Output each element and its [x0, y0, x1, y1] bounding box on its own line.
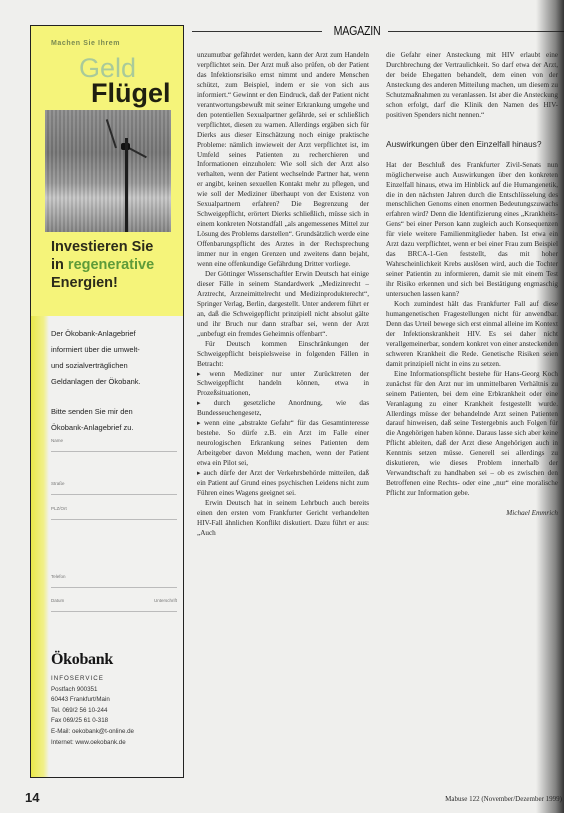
street-field[interactable]: Straße [51, 481, 177, 495]
contact-line: 60443 Frankfurt/Main [51, 695, 179, 706]
ad-order-request: Bitte senden Sie mir den Ökobank-Anlageb… [51, 404, 177, 436]
contact-line: Tel. 069/2 56 10-244 [51, 706, 179, 717]
article-author: Michael Emmrich [386, 509, 558, 519]
bullet-item: ▸ auch dürfe der Arzt der Verkehrsbehörd… [197, 469, 369, 499]
header-rule-left [192, 31, 322, 32]
city-field[interactable]: PLZ/Ort [51, 506, 177, 520]
slogan-line: in regenerative [51, 256, 154, 274]
field-line [51, 587, 177, 588]
article-paragraph: Erwin Deutsch hat in seinem Lehrbuch auc… [197, 499, 369, 539]
ad-description: Der Ökobank-Anlagebrief informiert über … [51, 326, 177, 390]
article-paragraph: die Gefahr einer Ansteckung mit HIV erla… [386, 51, 558, 121]
article-paragraph: Eine Informationspflicht bestehe für Han… [386, 370, 558, 499]
field-label: Telefon [51, 574, 66, 579]
contact-email[interactable]: E-Mail: oekobank@t-online.de [51, 727, 179, 738]
issue-footer: Mabuse 122 (November/Dezember 1999) [416, 795, 562, 803]
ad-contact-block: INFOSERVICE Postfach 900351 60443 Frankf… [51, 674, 179, 748]
article-paragraph: Für Deutsch kommen Einschränkungen der S… [197, 340, 369, 370]
wind-turbine-photo [45, 110, 171, 232]
field-label: Datum [51, 598, 64, 603]
turbine-mast [125, 138, 128, 232]
article-column-middle: unzumutbar gefährdet werden, kann der Ar… [197, 51, 369, 539]
page-number: 14 [25, 790, 39, 805]
turbine-blade [106, 119, 117, 148]
phone-field[interactable]: Telefon [51, 574, 177, 588]
field-line [51, 451, 177, 452]
slogan-regenerative: regenerative [68, 257, 154, 273]
section-title: MAGAZIN [333, 23, 381, 38]
ad-headline-fluegel: Flügel [91, 80, 171, 107]
bullet-item: ▸ durch gesetzliche Anordnung, wie das B… [197, 399, 369, 419]
field-line [51, 519, 177, 520]
okobank-advertisement: Machen Sie Ihrem Geld Flügel Investieren… [30, 25, 184, 778]
field-label: Straße [51, 481, 65, 486]
field-line [51, 611, 177, 612]
bullet-item: ▸ wenn Mediziner nur unter Zurücktreten … [197, 370, 369, 400]
bullet-item: ▸ wenn eine „abstrakte Gefahr“ für das G… [197, 419, 369, 469]
article-paragraph: unzumutbar gefährdet werden, kann der Ar… [197, 51, 369, 270]
ad-order-line: Bitte senden Sie mir den [51, 404, 177, 420]
contact-line: INFOSERVICE [51, 674, 179, 685]
date-signature-field[interactable]: Datum Unterschrift [51, 598, 177, 612]
name-field[interactable]: Name [51, 438, 177, 452]
magazine-page: MAGAZIN Machen Sie Ihrem Geld Flügel Inv… [0, 0, 564, 813]
ad-description-line: informiert über die umwelt- [51, 342, 177, 358]
slogan-line: Investieren Sie [51, 238, 154, 256]
article-subheading: Auswirkungen über den Einzelfall hinaus? [386, 139, 558, 149]
contact-website[interactable]: Internet: www.oekobank.de [51, 738, 179, 749]
ad-description-line: Geldanlagen der Ökobank. [51, 374, 177, 390]
slogan-in: in [51, 257, 68, 273]
ad-order-line: Ökobank-Anlagebrief zu. [51, 420, 177, 436]
ad-description-line: und sozialverträglichen [51, 358, 177, 374]
ad-kicker: Machen Sie Ihrem [51, 40, 120, 47]
signature-label: Unterschrift [154, 598, 177, 603]
ad-yellow-stripe [31, 316, 49, 777]
field-line [51, 494, 177, 495]
field-label: PLZ/Ort [51, 506, 67, 511]
article-paragraph: Hat der Beschluß des Frankfurter Zivil-S… [386, 161, 558, 300]
section-header: MAGAZIN [192, 23, 564, 39]
contact-line: Postfach 900351 [51, 685, 179, 696]
header-rule-right [388, 31, 564, 32]
ad-invest-slogan: Investieren Sie in regenerative Energien… [51, 238, 154, 292]
ad-description-line: Der Ökobank-Anlagebrief [51, 326, 177, 342]
article-column-right: die Gefahr einer Ansteckung mit HIV erla… [386, 51, 558, 519]
okobank-logo: Ökobank [51, 651, 113, 669]
article-paragraph: Koch zumindest hält das Frankfurter Fall… [386, 300, 558, 370]
article-paragraph: Der Göttinger Wissenschaftler Erwin Deut… [197, 270, 369, 340]
contact-line: Fax 069/25 61 0-318 [51, 716, 179, 727]
slogan-line: Energien! [51, 274, 154, 292]
field-label: Name [51, 438, 63, 443]
